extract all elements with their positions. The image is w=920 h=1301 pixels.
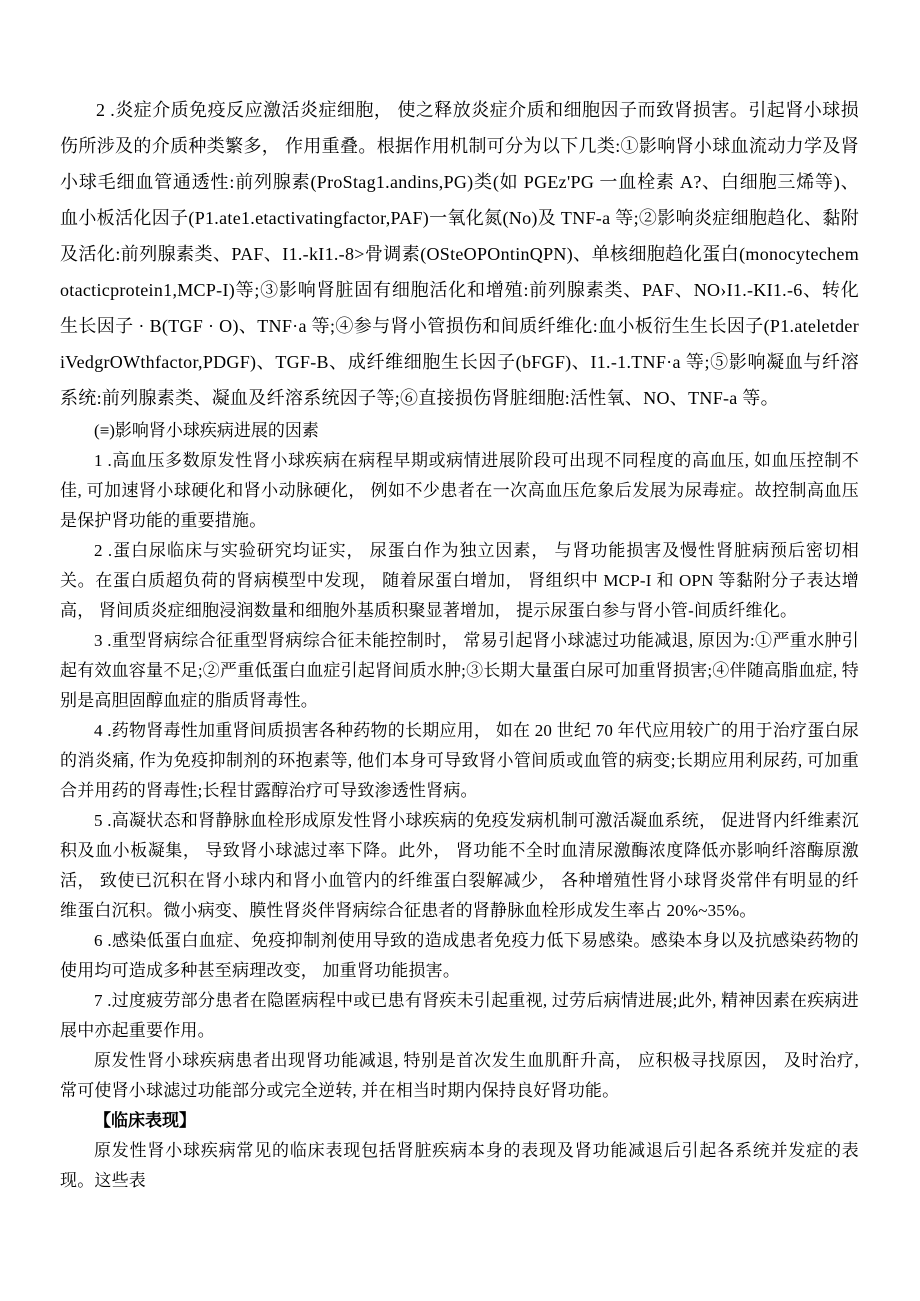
document-page: 2 .炎症介质免疫反应激活炎症细胞， 使之释放炎症介质和细胞因子而致肾损害。引起… [0, 0, 920, 1301]
paragraph-severe-nephrotic-syndrome: 3 .重型肾病综合征重型肾病综合征未能控制时， 常易引起肾小球滤过功能减退, 原… [60, 626, 859, 716]
paragraph-overfatigue: 7 .过度疲劳部分患者在隐匿病程中或已患有肾疾未引起重视, 过劳后病情进展;此外… [60, 986, 859, 1046]
paragraph-drug-nephrotoxicity: 4 .药物肾毒性加重肾间质损害各种药物的长期应用， 如在 20 世纪 70 年代… [60, 716, 859, 806]
paragraph-hypertension: 1 .高血压多数原发性肾小球疾病在病程早期或病情进展阶段可出现不同程度的高血压,… [60, 446, 859, 536]
paragraph-proteinuria: 2 .蛋白尿临床与实验研究均证实， 尿蛋白作为独立因素， 与肾功能损害及慢性肾脏… [60, 536, 859, 626]
paragraph-hypercoagulation-renal-vein-thrombosis: 5 .高凝状态和肾静脉血栓形成原发性肾小球疾病的免疫发病机制可激活凝血系统， 促… [60, 806, 859, 926]
paragraph-inflammatory-mediators: 2 .炎症介质免疫反应激活炎症细胞， 使之释放炎症介质和细胞因子而致肾损害。引起… [60, 92, 859, 416]
heading-clinical-manifestations: 【临床表现】 [60, 1106, 859, 1136]
paragraph-renal-function-decline: 原发性肾小球疾病患者出现肾功能减退, 特别是首次发生血肌酐升高， 应积极寻找原因… [60, 1046, 859, 1106]
paragraph-clinical-manifestations-intro: 原发性肾小球疾病常见的临床表现包括肾脏疾病本身的表现及肾功能减退后引起各系统并发… [60, 1136, 859, 1196]
paragraph-infection: 6 .感染低蛋白血症、免疫抑制剂使用导致的造成患者免疫力低下易感染。感染本身以及… [60, 926, 859, 986]
section-heading-disease-progression-factors: (≡)影响肾小球疾病进展的因素 [60, 416, 859, 446]
